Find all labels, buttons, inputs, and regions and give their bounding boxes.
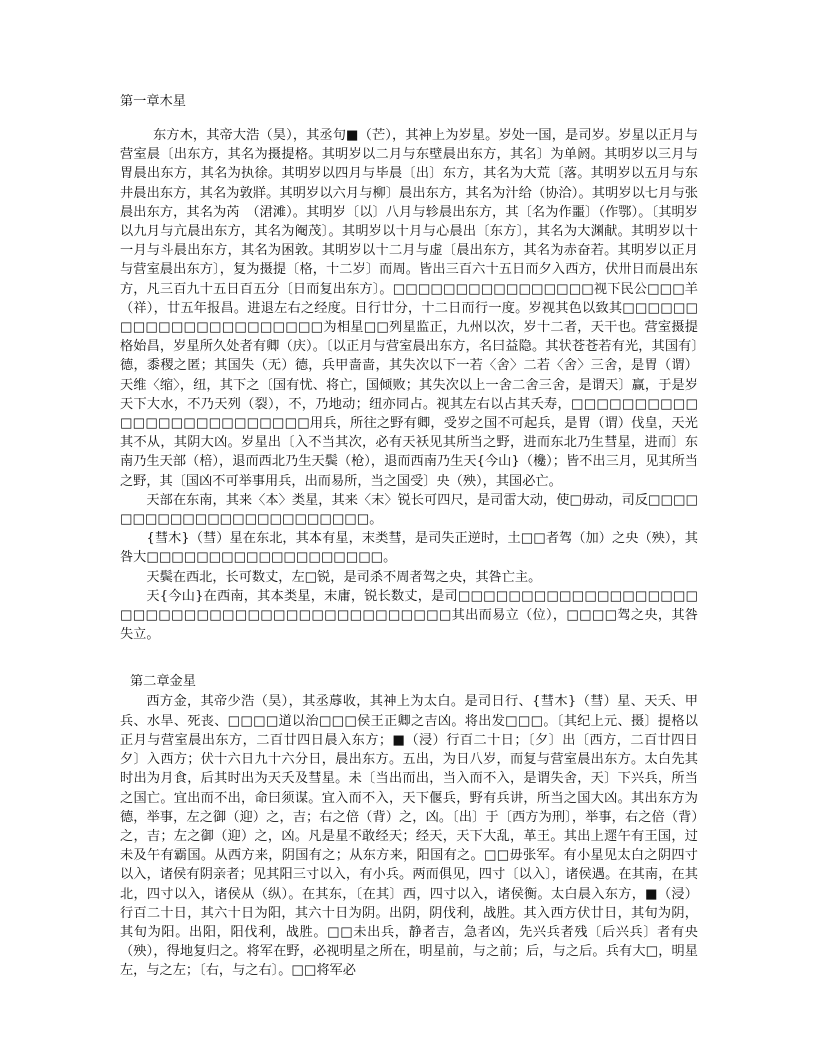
chapter-2-paragraph-1: 西方金，其帝少浩（昊），其丞蓐收，其神上为太白。是司日行、{彗木}（彗）星、天夭… (120, 692, 698, 980)
chapter-1-paragraph-4: 天鬓在西北，长可数丈，左□锐，是司杀不周者驾之央，其咎亡主。 (120, 568, 698, 587)
chapter-1-paragraph-1: 东方木，其帝大浩（昊），其丞句■（芒），其神上为岁星。岁处一国，是司岁。岁星以正… (120, 126, 698, 491)
chapter-1-paragraph-5: 天{今山}在西南，其本类星，末庸，锐长数丈，是司□□□□□□□□□□□□□□□□… (120, 587, 698, 645)
chapter-1-paragraph-3: {彗木}（彗）星在东北，其本有星，末类彗，是司失正逆时，土□□者驾（加）之央（殃… (120, 529, 698, 567)
document-page: 第一章木星 东方木，其帝大浩（昊），其丞句■（芒），其神上为岁星。岁处一国，是司… (120, 92, 698, 981)
chapter-2-title: 第二章金星 (130, 672, 698, 692)
chapter-1-title: 第一章木星 (120, 92, 698, 112)
chapter-1-paragraph-2: 天部在东南，其来〈本〉类星，其来〈末〉锐长可四尺，是司雷大动，使□毋动，司反□□… (120, 491, 698, 529)
